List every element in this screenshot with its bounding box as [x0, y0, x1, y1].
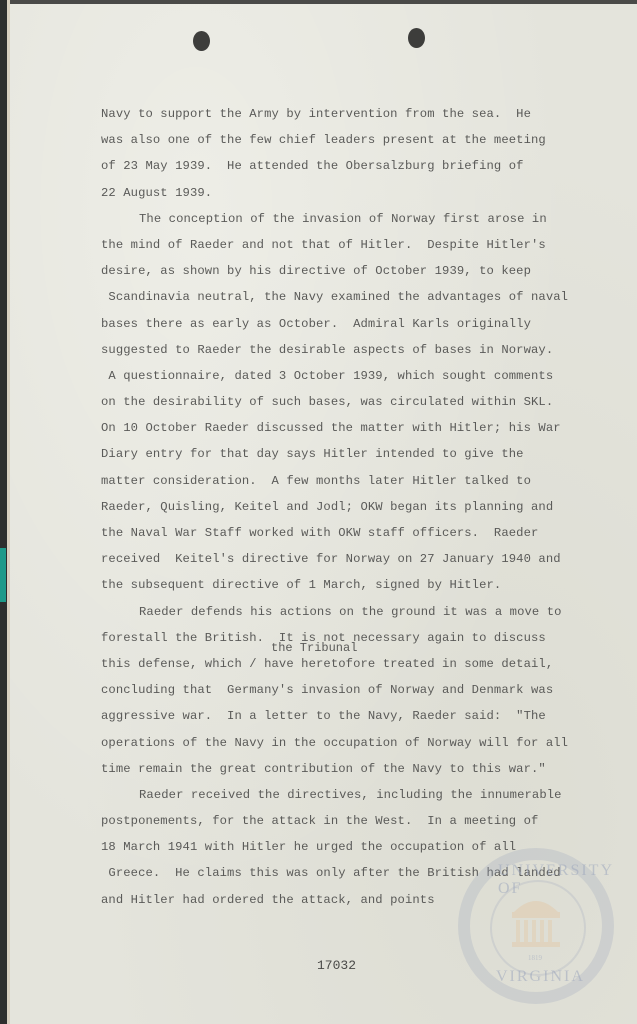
text-line: Raeder, Quisling, Keitel and Jodl; OKW b… — [101, 497, 601, 523]
text-line: was also one of the few chief leaders pr… — [101, 130, 601, 156]
text-line: the mind of Raeder and not that of Hitle… — [101, 235, 601, 261]
rotunda-icon — [508, 890, 564, 950]
text-line: the Naval War Staff worked with OKW staf… — [101, 523, 601, 549]
seal-top-text: UNIVERSITY OF — [498, 862, 613, 898]
text-line: Raeder received the directives, includin… — [101, 785, 601, 811]
text-line: On 10 October Raeder discussed the matte… — [101, 418, 601, 444]
paper-edge-shade — [7, 0, 10, 1024]
punch-hole-icon — [408, 28, 425, 48]
text-line: The conception of the invasion of Norway… — [101, 209, 601, 235]
punch-hole-icon — [193, 31, 210, 51]
text-line: of 23 May 1939. He attended the Obersalz… — [101, 156, 601, 182]
text-line: suggested to Raeder the desirable aspect… — [101, 340, 601, 366]
text-line: desire, as shown by his directive of Oct… — [101, 261, 601, 287]
text-line: Navy to support the Army by intervention… — [101, 104, 601, 130]
typewritten-body: Navy to support the Army by intervention… — [101, 104, 601, 916]
text-line: received Keitel's directive for Norway o… — [101, 549, 601, 575]
text-line: A questionnaire, dated 3 October 1939, w… — [101, 366, 601, 392]
text-line: time remain the great contribution of th… — [101, 759, 601, 785]
text-line: the subsequent directive of 1 March, sig… — [101, 575, 601, 601]
text-line: bases there as early as October. Admiral… — [101, 314, 601, 340]
text-line: Diary entry for that day says Hitler int… — [101, 444, 601, 470]
seal-year: 1819 — [528, 954, 542, 962]
text-line: concluding that Germany's invasion of No… — [101, 680, 601, 706]
text-line: Scandinavia neutral, the Navy examined t… — [101, 287, 601, 313]
text-line: postponements, for the attack in the Wes… — [101, 811, 601, 837]
text-line: matter consideration. A few months later… — [101, 471, 601, 497]
seal-bottom-text: VIRGINIA — [496, 968, 585, 986]
text-line: 22 August 1939. — [101, 183, 601, 209]
text-line: this defense, which / have heretofore tr… — [101, 654, 601, 680]
interlinear-insertion: the Tribunal — [271, 641, 357, 655]
text-line: aggressive war. In a letter to the Navy,… — [101, 706, 601, 732]
text-line: Raeder defends his actions on the ground… — [101, 602, 601, 628]
text-line: operations of the Navy in the occupation… — [101, 733, 601, 759]
scan-left-edge — [0, 0, 7, 1024]
university-seal-watermark: UNIVERSITY OF VIRGINIA 1819 — [458, 848, 614, 1004]
page-number: 17032 — [317, 958, 356, 973]
text-line: on the desirability of such bases, was c… — [101, 392, 601, 418]
colored-edge-tab — [0, 548, 6, 602]
